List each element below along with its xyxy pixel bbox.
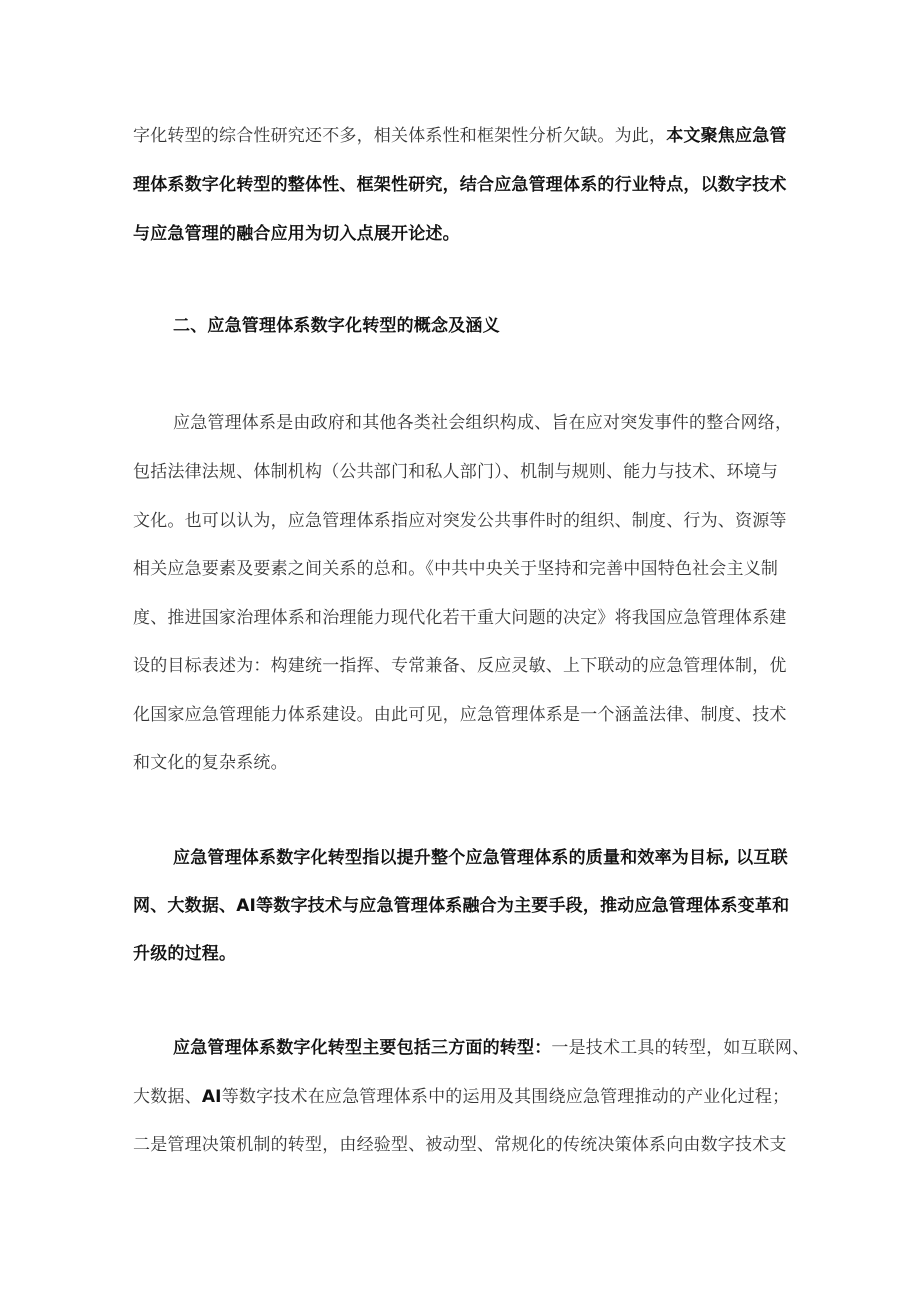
paragraph-3-line-1: 应急管理体系数字化转型指以提升整个应急管理体系的质量和效率为目标, 以互联 (173, 846, 788, 870)
paragraph-1-line-2: 理体系数字化转型的整体性、框架性研究，结合应急管理体系的行业特点，以数字技术 (133, 173, 787, 197)
paragraph-2-line-4: 相关应急要素及要素之间关系的总和。《中共中央关于坚持和完善中国特色社会主义制 (133, 557, 778, 581)
paragraph-4-line-2-regular-a: 大数据、 (133, 1087, 202, 1107)
paragraph-1-line-1-bold: 本文聚焦应急管 (666, 126, 786, 146)
paragraph-2-line-2: 包括法律法规、体制机构（公共部门和私人部门）、机制与规则、能力与技术、环境与 (133, 460, 778, 484)
section-heading: 二、应急管理体系数字化转型的概念及涵义 (173, 314, 500, 338)
paragraph-2-line-5: 度、推进国家治理体系和治理能力现代化若干重大问题的决定》将我国应急管理体系建 (133, 606, 787, 630)
paragraph-1-line-3: 与应急管理的融合应用为切入点展开论述。 (133, 222, 460, 246)
paragraph-1-line-3-bold: 与应急管理的融合应用为切入点展开论述。 (133, 224, 460, 244)
paragraph-4-line-1: 应急管理体系数字化转型主要包括三方面的转型：一是技术工具的转型，如互联网、 (173, 1036, 809, 1060)
paragraph-2-line-6: 设的目标表述为：构建统一指挥、专常兼备、反应灵敏、上下联动的应急管理体制，优 (133, 654, 787, 678)
paragraph-4-line-2: 大数据、AI等数字技术在应急管理体系中的运用及其围绕应急管理推动的产业化过程； (133, 1085, 789, 1109)
paragraph-1-line-1-regular: 字化转型的综合性研究还不多，相关体系性和框架性分析欠缺。为此， (133, 126, 666, 146)
paragraph-2-line-7: 化国家应急管理能力体系建设。由此可见，应急管理体系是一个涵盖法律、制度、技术 (133, 703, 787, 727)
paragraph-2-line-8: 和文化的复杂系统。 (133, 751, 288, 775)
paragraph-4-line-3-regular: 二是管理决策机制的转型，由经验型、被动型、常规化的传统决策体系向由数字技术支 (133, 1135, 787, 1155)
paragraph-4-line-3: 二是管理决策机制的转型，由经验型、被动型、常规化的传统决策体系向由数字技术支 (133, 1133, 787, 1157)
paragraph-4-line-2-regular-b: 等数字技术在应急管理体系中的运用及其围绕应急管理推动的产业化过程； (222, 1087, 790, 1107)
paragraph-2-line-3: 文化。也可以认为，应急管理体系指应对突发公共事件时的组织、制度、行为、资源等 (133, 509, 787, 533)
paragraph-1-line-2-bold: 理体系数字化转型的整体性、框架性研究，结合应急管理体系的行业特点，以数字技术 (133, 175, 787, 195)
paragraph-1-line-1: 字化转型的综合性研究还不多，相关体系性和框架性分析欠缺。为此，本文聚焦应急管 (133, 124, 787, 148)
paragraph-4-line-1-regular: 一是技术工具的转型，如互联网、 (551, 1038, 809, 1058)
paragraph-4-line-2-bold: AI (202, 1087, 222, 1107)
paragraph-4-line-1-bold: 应急管理体系数字化转型主要包括三方面的转型： (173, 1038, 551, 1058)
paragraph-3-line-3: 升级的过程。 (133, 942, 236, 966)
paragraph-3-line-2: 网、大数据、AI等数字技术与应急管理体系融合为主要手段，推动应急管理体系变革和 (133, 894, 789, 918)
paragraph-2-line-1: 应急管理体系是由政府和其他各类社会组织构成、旨在应对突发事件的整合网络， (173, 411, 792, 435)
